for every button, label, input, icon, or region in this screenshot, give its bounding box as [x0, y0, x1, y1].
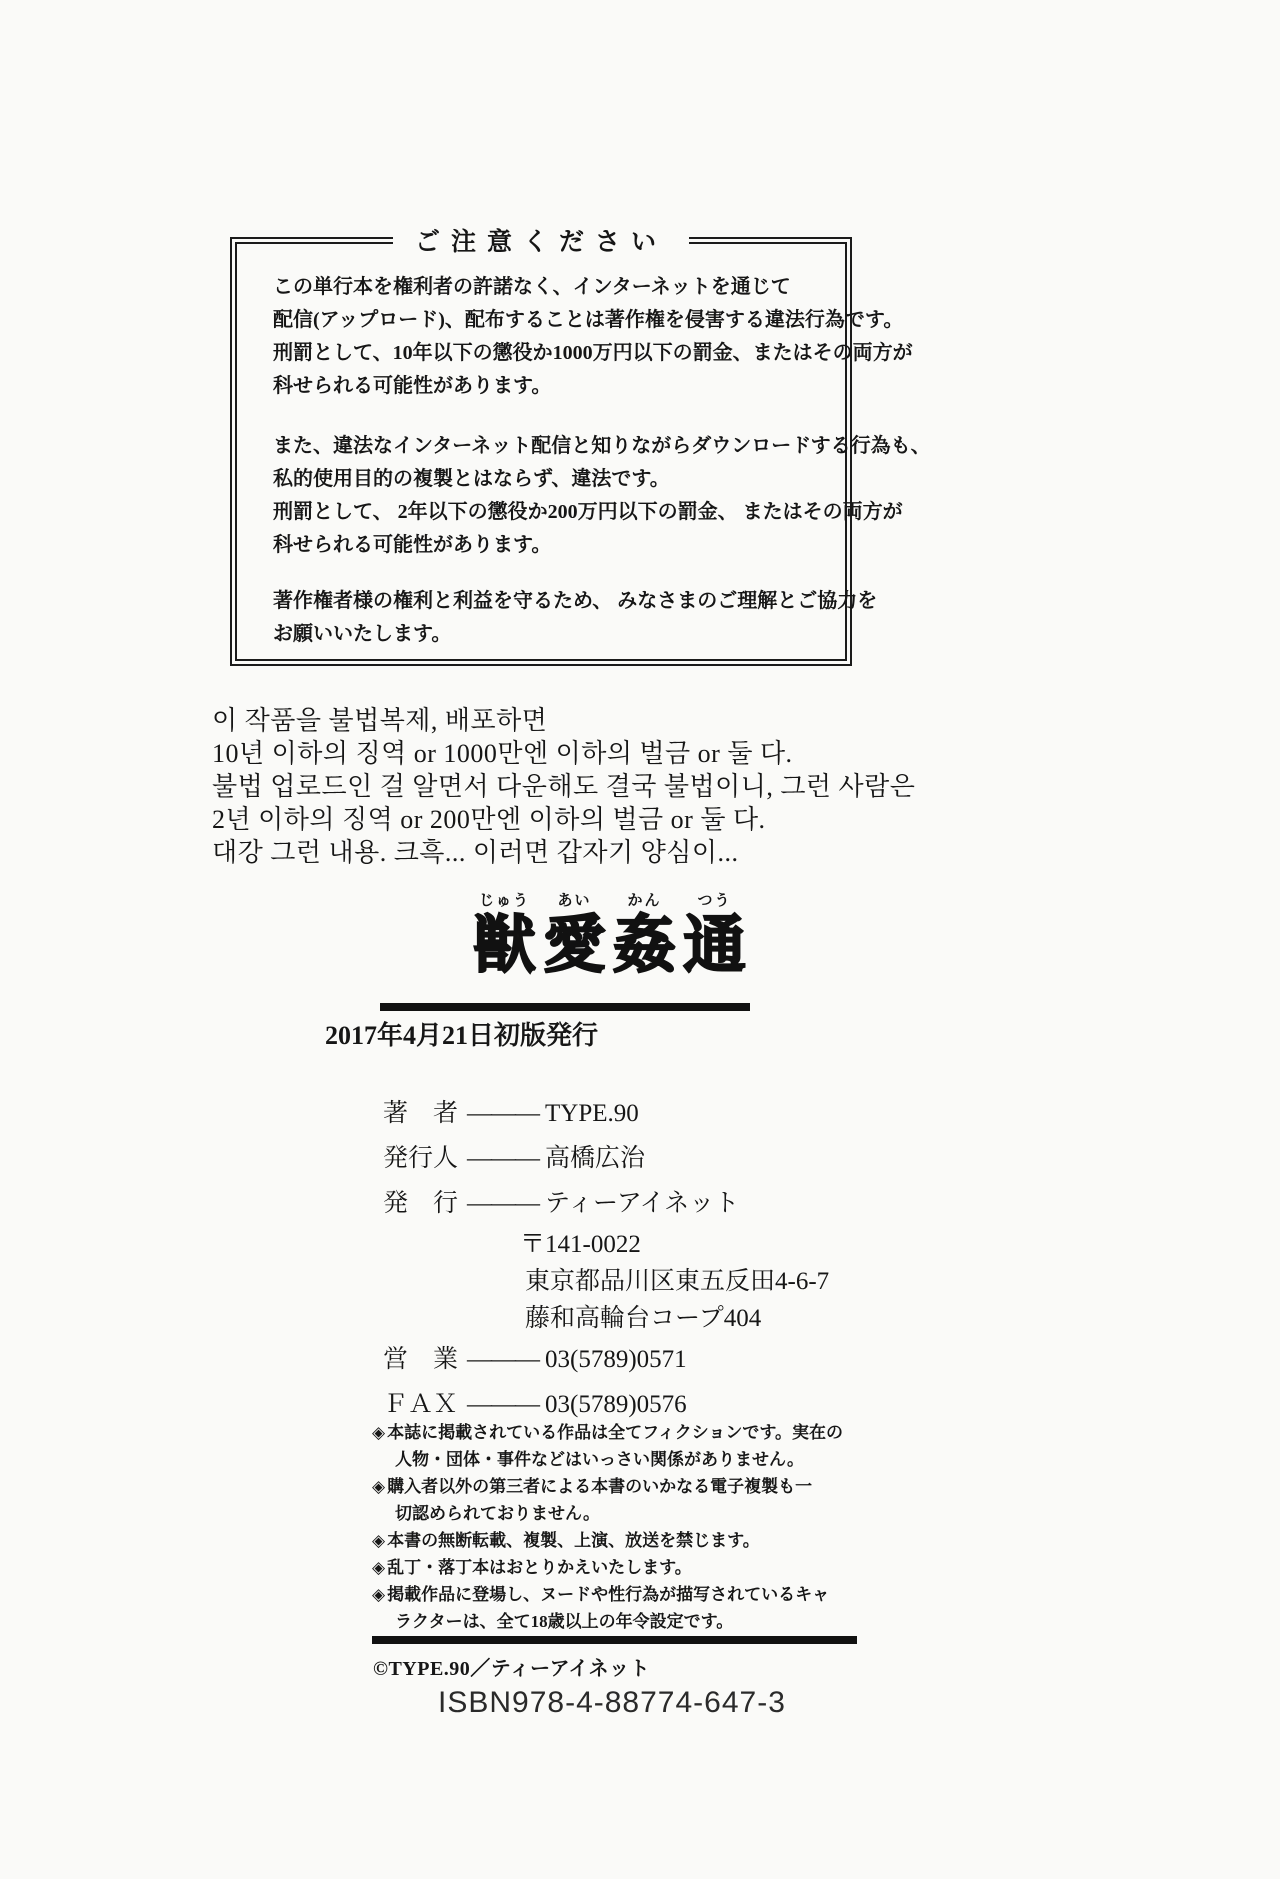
notice-line: 私的使用目的の複製とはならず、違法です。: [273, 463, 837, 496]
notice-line: 刑罰として、 2年以下の懲役か200万円以下の罰金、 またはその両方が: [273, 496, 837, 529]
note-item: ◈乱丁・落丁本はおとりかえいたします。: [372, 1554, 843, 1581]
diamond-marker-icon: ◈: [372, 1585, 385, 1604]
note-item: ◈本書の無断転載、複製、上演、放送を禁じます。: [372, 1527, 843, 1554]
notice-paragraph-3: 著作権者様の権利と利益を守るため、 みなさまのご理解とご協力を お願いいたします…: [273, 585, 837, 651]
title-character: あい 愛: [541, 891, 608, 981]
note-line: ラクターは、全て18歳以上の年令設定です。: [372, 1608, 843, 1635]
korean-line: 대강 그런 내용. 크흑... 이러면 갑자기 양심이...: [212, 836, 915, 869]
notice-line: 刑罰として、10年以下の懲役か1000万円以下の罰金、またはその両方が: [273, 337, 837, 370]
notice-line: お願いいたします。: [273, 618, 837, 651]
title-character: つう 通: [681, 891, 748, 981]
row-label: 著 者: [383, 1091, 467, 1136]
korean-note: 이 작품을 불법복제, 배포하면 10년 이하의 징역 or 1000만엔 이하…: [212, 704, 915, 869]
diamond-marker-icon: ◈: [372, 1531, 385, 1550]
title-character: かん 姦: [611, 891, 678, 981]
notice-paragraph-1: この単行本を権利者の許諾なく、インターネットを通じて 配信(アップロード)、配布…: [273, 271, 837, 403]
note-line: 人物・団体・事件などはいっさい関係がありません。: [372, 1446, 843, 1473]
notice-line: 科せられる可能性があります。: [273, 370, 837, 403]
furigana: じゅう: [479, 891, 530, 911]
note-item: ◈本誌に掲載されている作品は全てフィクションです。実在の 人物・団体・事件などは…: [372, 1419, 843, 1473]
row-value: 03(5789)0571: [545, 1337, 687, 1382]
address-line: 藤和高輪台コープ404: [525, 1300, 829, 1337]
diamond-marker-icon: ◈: [372, 1558, 385, 1577]
notice-line: また、違法なインターネット配信と知りながらダウンロードする行為も、: [273, 430, 837, 463]
furigana: あい: [557, 891, 591, 911]
title-divider-rule: [380, 1003, 750, 1011]
title-character: じゅう 獣: [471, 891, 538, 981]
colophon-row-sales-phone: 営 業 ——— 03(5789)0571: [383, 1337, 829, 1382]
korean-line: 불법 업로드인 걸 알면서 다운해도 결국 불법이니, 그런 사람은: [212, 770, 915, 803]
note-line: 本書の無断転載、複製、上演、放送を禁じます。: [387, 1531, 760, 1550]
row-value: ティーアイネット: [545, 1181, 739, 1226]
notice-line: 配信(アップロード)、配布することは著作権を侵害する違法行為です。: [273, 304, 837, 337]
korean-line: 이 작품을 불법복제, 배포하면: [212, 704, 915, 737]
colophon: 著 者 ——— TYPE.90 発行人 ——— 高橋広治 発 行 ——— ティー…: [383, 1091, 829, 1427]
note-line: 掲載作品に登場し、ヌードや性行為が描写されているキャ: [387, 1585, 829, 1604]
note-line: 購入者以外の第三者による本書のいかなる電子複製も一: [387, 1477, 812, 1496]
furigana: かん: [627, 891, 661, 911]
row-dash: ———: [467, 1337, 539, 1382]
note-line: 切認められておりません。: [372, 1500, 843, 1527]
legal-notes: ◈本誌に掲載されている作品は全てフィクションです。実在の 人物・団体・事件などは…: [372, 1419, 843, 1635]
row-value: 高橋広治: [545, 1136, 645, 1181]
notice-line: この単行本を権利者の許諾なく、インターネットを通じて: [273, 271, 837, 304]
address-postal-code: 〒141-0022: [520, 1226, 829, 1263]
copyright-notice-box: ご注意ください この単行本を権利者の許諾なく、インターネットを通じて 配信(アッ…: [230, 237, 852, 666]
notice-line: 科せられる可能性があります。: [273, 529, 837, 562]
address-line: 東京都品川区東五反田4-6-7: [525, 1263, 829, 1300]
note-item: ◈掲載作品に登場し、ヌードや性行為が描写されているキャ ラクターは、全て18歳以…: [372, 1581, 843, 1635]
edition-date: 2017年4月21日初版発行: [325, 1015, 598, 1052]
diamond-marker-icon: ◈: [372, 1477, 385, 1496]
furigana: つう: [697, 891, 731, 911]
footer-divider-rule: [372, 1636, 857, 1644]
colophon-row-author: 著 者 ——— TYPE.90: [383, 1091, 829, 1136]
book-title: じゅう 獣 あい 愛 かん 姦 つう 通: [471, 891, 748, 981]
note-item: ◈購入者以外の第三者による本書のいかなる電子複製も一 切認められておりません。: [372, 1473, 843, 1527]
note-line: 本誌に掲載されている作品は全てフィクションです。実在の: [387, 1423, 843, 1442]
copyright-line: ©TYPE.90／ティーアイネット: [373, 1652, 650, 1681]
korean-line: 10년 이하의 징역 or 1000만엔 이하의 벌금 or 둘 다.: [212, 737, 915, 770]
korean-line: 2년 이하의 징역 or 200만엔 이하의 벌금 or 둘 다.: [212, 803, 915, 836]
title-kanji: 姦: [613, 911, 675, 981]
row-dash: ———: [467, 1091, 539, 1136]
title-kanji: 獣: [473, 911, 535, 981]
note-line: 乱丁・落丁本はおとりかえいたします。: [387, 1558, 692, 1577]
isbn-number: ISBN978-4-88774-647-3: [438, 1686, 786, 1720]
title-kanji: 通: [683, 911, 745, 981]
row-dash: ———: [467, 1181, 539, 1226]
row-label: 発行人: [383, 1136, 467, 1181]
row-dash: ———: [467, 1136, 539, 1181]
row-value: TYPE.90: [545, 1091, 639, 1136]
notice-line: 著作権者様の権利と利益を守るため、 みなさまのご理解とご協力を: [273, 585, 837, 618]
row-label: 営 業: [383, 1337, 467, 1382]
diamond-marker-icon: ◈: [372, 1423, 385, 1442]
colophon-row-publisher-person: 発行人 ——— 高橋広治: [383, 1136, 829, 1181]
colophon-row-publisher: 発 行 ——— ティーアイネット: [383, 1181, 829, 1226]
notice-paragraph-2: また、違法なインターネット配信と知りながらダウンロードする行為も、 私的使用目的…: [273, 430, 837, 562]
title-kanji: 愛: [543, 911, 605, 981]
notice-title: ご注意ください: [393, 225, 689, 261]
row-label: 発 行: [383, 1181, 467, 1226]
